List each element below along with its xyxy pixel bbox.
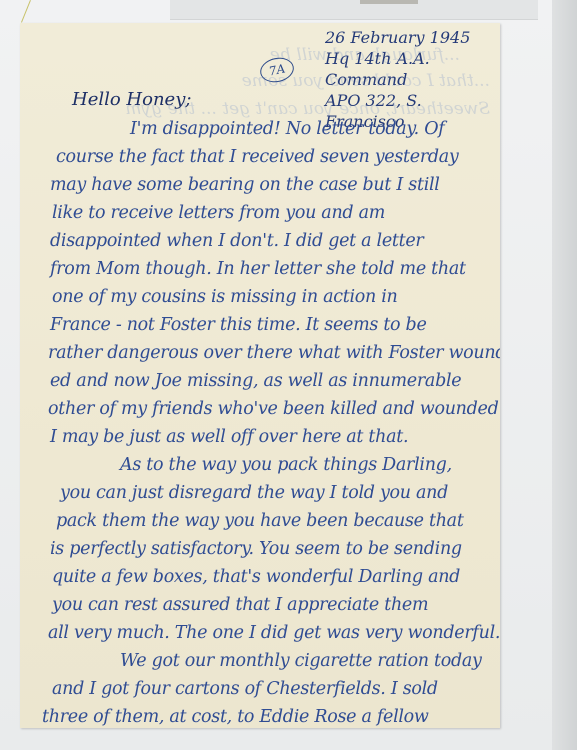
body-line: I'm disappointed! No letter today. Of xyxy=(130,119,444,139)
mounting-strip xyxy=(170,0,538,20)
body-line: ed and now Joe missing, as well as innum… xyxy=(50,371,461,391)
body-line: As to the way you pack things Darling, xyxy=(120,455,452,475)
mounting-tab xyxy=(360,0,418,4)
letter-date: 26 February 1945 xyxy=(325,27,500,48)
body-line: is perfectly satisfactory. You seem to b… xyxy=(50,539,462,559)
salutation: Hello Honey; xyxy=(72,89,191,110)
body-line: course the fact that I received seven ye… xyxy=(56,147,459,167)
body-line: one of my cousins is missing in action i… xyxy=(52,287,398,307)
body-line: France - not Foster this time. It seems … xyxy=(50,315,427,335)
letter-unit: Hq 14th A.A. Command xyxy=(325,48,500,90)
body-line: three of them, at cost, to Eddie Rose a … xyxy=(42,707,429,727)
body-line: like to receive letters from you and am xyxy=(52,203,385,223)
body-line: all very much. The one I did get was ver… xyxy=(48,623,500,643)
body-line: I may be just as well off over here at t… xyxy=(50,427,408,447)
body-line: you can just disregard the way I told yo… xyxy=(60,483,448,503)
page-number-mark: 7A xyxy=(258,55,296,86)
body-line: you can rest assured that I appreciate t… xyxy=(52,595,428,615)
body-line: other of my friends who've been killed a… xyxy=(48,399,500,419)
body-line: from Mom though. In her letter she told … xyxy=(50,259,466,279)
body-line: quite a few boxes, that's wonderful Darl… xyxy=(52,567,460,587)
folder-edge xyxy=(552,0,577,750)
body-line: pack them the way you have been because … xyxy=(56,511,464,531)
body-line: may have some bearing on the case but I … xyxy=(50,175,440,195)
body-line: disappointed when I don't. I did get a l… xyxy=(50,231,424,251)
letter-page: ...furlough and will be ...that I could … xyxy=(20,23,500,728)
body-line: rather dangerous over there what with Fo… xyxy=(48,343,500,363)
body-line: and I got four cartons of Chesterfields.… xyxy=(52,679,438,699)
body-line: We got our monthly cigarette ration toda… xyxy=(120,651,482,671)
letter-header: 26 February 1945 Hq 14th A.A. Command AP… xyxy=(325,27,500,132)
